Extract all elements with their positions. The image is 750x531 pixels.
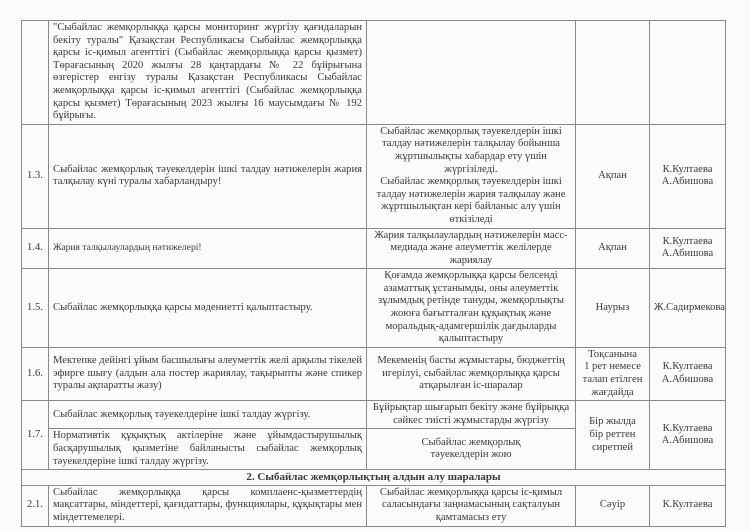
row-number [22, 21, 49, 125]
deadline-cell: Наурыз [576, 269, 650, 348]
section-title: 2. Сыбайлас жемқорлықтың алдын алу шарал… [22, 470, 726, 486]
deadline-cell: Тоқсанына 1 рет немесе талап етілген жағ… [576, 347, 650, 400]
row-number: 1.7. [22, 401, 49, 470]
document-page: "Сыбайлас жемқорлыққа қарсы мониторинг ж… [21, 20, 725, 527]
responsible-cell: К.Култаева А.Абишова [650, 347, 726, 400]
responsible-cell: К.Култаева А.Абишова [650, 228, 726, 269]
form-cell: Сыбайлас жемқорлық тәуекелдерін жою [367, 429, 576, 470]
form-cell: Мекеменің басты жұмыстары, бюджеттің иге… [367, 347, 576, 400]
activity-cell: "Сыбайлас жемқорлыққа қарсы мониторинг ж… [49, 21, 367, 125]
activity-cell: Сыбайлас жемқорлық тәуекелдеріне ішкі та… [49, 401, 367, 429]
table-row: 2.1. Сыбайлас жемқорлыққа қарсы комплаен… [22, 485, 726, 526]
table-row: 1.5. Сыбайлас жемқорлыққа қарсы мәдениет… [22, 269, 726, 348]
responsible-cell: К.Култаева А.Абишова [650, 124, 726, 228]
activity-cell: Сыбайлас жемқорлыққа қарсы мәдениетті қа… [49, 269, 367, 348]
activity-cell: Жария талқылаулардың нәтижелері! [49, 228, 367, 269]
responsible-cell [650, 21, 726, 125]
row-number: 2.1. [22, 485, 49, 526]
table-row: 1.4. Жария талқылаулардың нәтижелері! Жа… [22, 228, 726, 269]
form-cell: Сыбайлас жемқорлық тәуекелдерін ішкі тал… [367, 124, 576, 228]
deadline-cell: Ақпан [576, 124, 650, 228]
row-number: 1.5. [22, 269, 49, 348]
responsible-cell: К.Култаева [650, 485, 726, 526]
deadline-cell: Ақпан [576, 228, 650, 269]
activity-cell: Нормативтік құқықтық актілеріне және ұйы… [49, 429, 367, 470]
table-row: 1.7. Сыбайлас жемқорлық тәуекелдеріне іш… [22, 401, 726, 429]
activity-cell: Сыбайлас жемқорлыққа қарсы комплаенс-қыз… [49, 485, 367, 526]
responsible-cell: Ж.Садирмекова [650, 269, 726, 348]
table-row: 1.6. Мектепке дейінгі ұйым басшылығы әле… [22, 347, 726, 400]
row-number: 1.6. [22, 347, 49, 400]
row-number: 1.4. [22, 228, 49, 269]
form-cell: Сыбайлас жемқорлыққа қарсы іс-қимыл сала… [367, 485, 576, 526]
responsible-cell: К.Култаева А.Абишова [650, 401, 726, 470]
deadline-cell [576, 21, 650, 125]
deadline-cell: Бір жылда бір реттен сиретпей [576, 401, 650, 470]
form-cell: Қоғамда жемқорлыққа қарсы белсенді азама… [367, 269, 576, 348]
table-row: "Сыбайлас жемқорлыққа қарсы мониторинг ж… [22, 21, 726, 125]
activity-cell: Мектепке дейінгі ұйым басшылығы әлеуметт… [49, 347, 367, 400]
section-header-row: 2. Сыбайлас жемқорлықтың алдын алу шарал… [22, 470, 726, 486]
form-cell: Жария талқылаулардың нәтижелерін масс-ме… [367, 228, 576, 269]
activity-cell: Сыбайлас жемқорлық тәуекелдерін ішкі тал… [49, 124, 367, 228]
form-cell [367, 21, 576, 125]
anticorruption-plan-table: "Сыбайлас жемқорлыққа қарсы мониторинг ж… [21, 20, 726, 527]
deadline-cell: Сәуір [576, 485, 650, 526]
row-number: 1.3. [22, 124, 49, 228]
table-row: 1.3. Сыбайлас жемқорлық тәуекелдерін ішк… [22, 124, 726, 228]
form-cell: Бұйрықтар шығарып бекіту және бұйрыққа с… [367, 401, 576, 429]
